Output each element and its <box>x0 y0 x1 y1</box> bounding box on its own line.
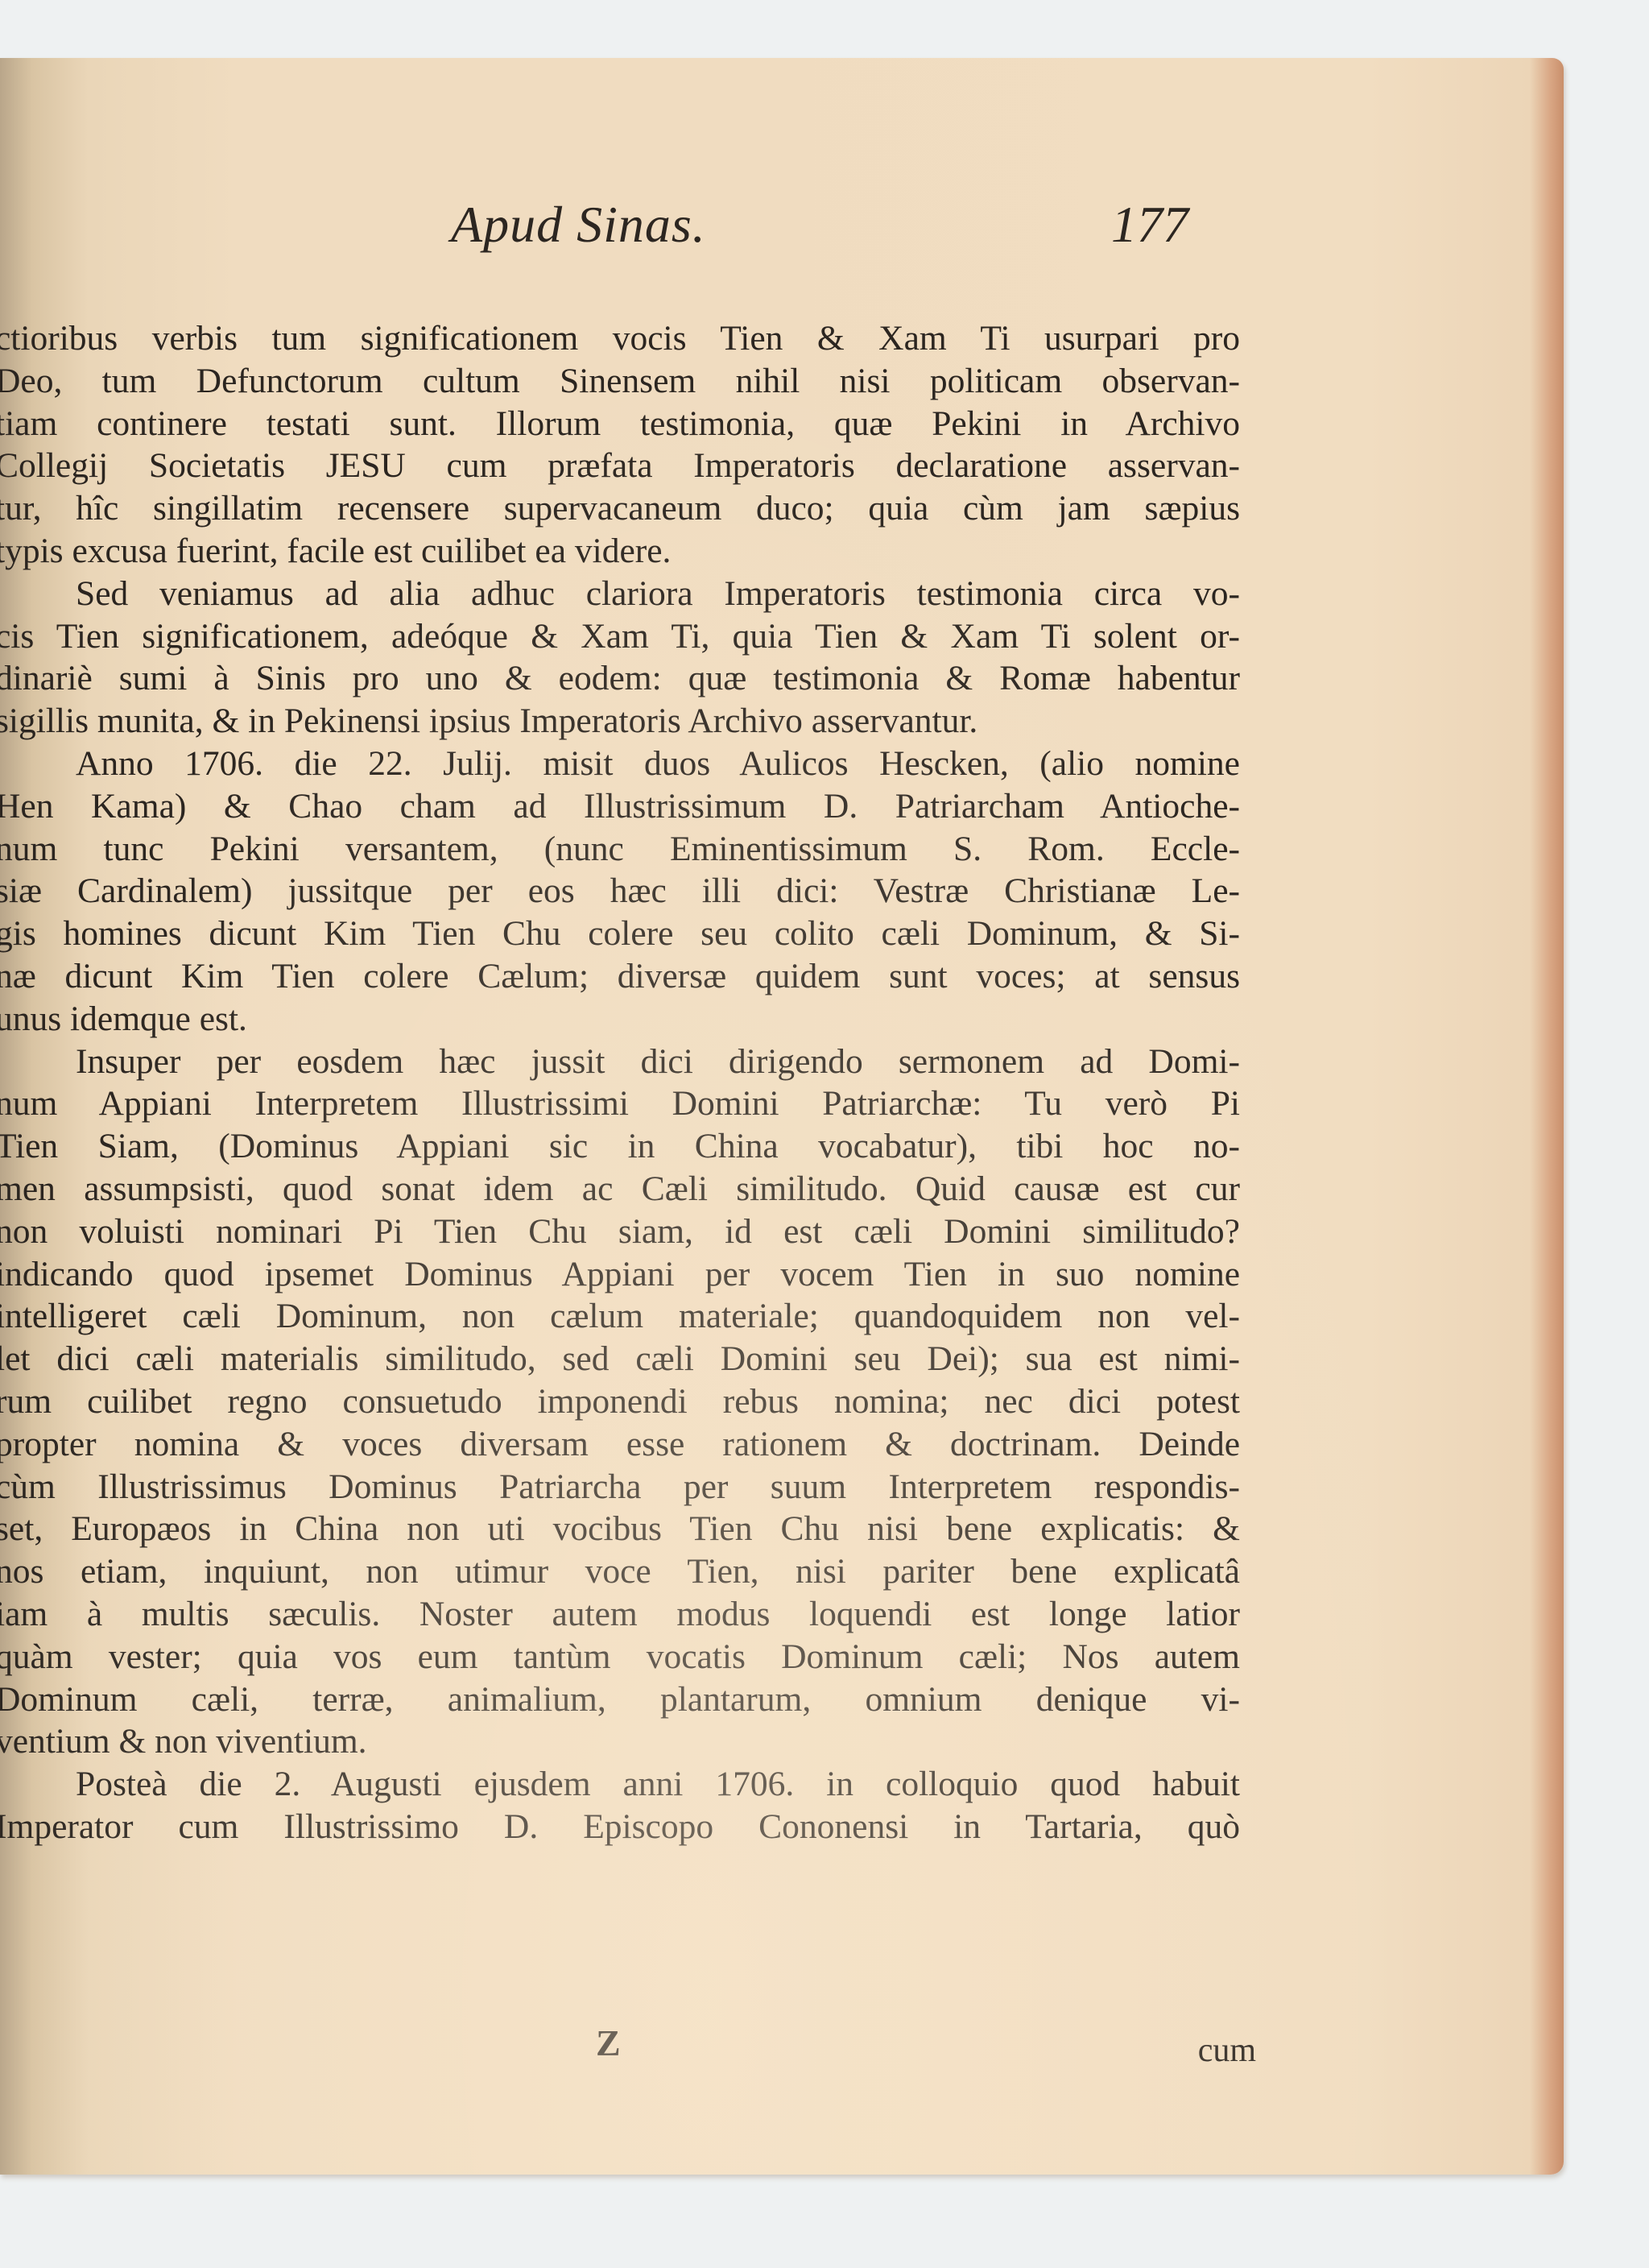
text-line: Imperator cum Illustrissimo D. Episcopo … <box>0 1806 1240 1848</box>
text-line: typis excusa fuerint, facile est cuilibe… <box>0 530 1240 573</box>
running-head: Apud Sinas. <box>451 195 706 255</box>
text-line: Dominum cæli, terræ, animalium, plantaru… <box>0 1678 1240 1721</box>
text-line: num tunc Pekini versantem, (nunc Eminent… <box>0 828 1240 871</box>
text-line: indicando quod ipsemet Dominus Appiani p… <box>0 1253 1240 1296</box>
page-footer: Z cum <box>0 2022 1256 2070</box>
text-line: rum cuilibet regno consuetudo imponendi … <box>0 1380 1240 1423</box>
text-line: Collegij Societatis JESU cum præfata Imp… <box>0 445 1240 487</box>
body-text: ctioribus verbis tum significationem voc… <box>0 317 1240 1848</box>
text-line: quàm vester; quia vos eum tantùm vocatis… <box>0 1636 1240 1678</box>
text-line: non voluisti nominari Pi Tien Chu siam, … <box>0 1211 1240 1253</box>
text-line: Tien Siam, (Dominus Appiani sic in China… <box>0 1125 1240 1168</box>
text-line: iam à multis sæculis. Noster autem modus… <box>0 1593 1240 1636</box>
text-line: propter nomina & voces diversam esse rat… <box>0 1423 1240 1466</box>
text-line: let dici cæli materialis similitudo, sed… <box>0 1338 1240 1380</box>
text-line: Hen Kama) & Chao cham ad Illustrissimum … <box>0 785 1240 828</box>
text-line: siæ Cardinalem) jussitque per eos hæc il… <box>0 870 1240 913</box>
text-line: gis homines dicunt Kim Tien Chu colere s… <box>0 913 1240 955</box>
text-line: nos etiam, inquiunt, non utimur voce Tie… <box>0 1550 1240 1593</box>
text-line: unus idemque est. <box>0 998 1240 1041</box>
text-line: næ dicunt Kim Tien colere Cælum; diversæ… <box>0 955 1240 998</box>
text-line: intelligeret cæli Dominum, non cælum mat… <box>0 1295 1240 1338</box>
page-number: 177 <box>1111 195 1188 255</box>
catchword: cum <box>1198 2031 1256 2070</box>
text-line: men assumpsisti, quod sonat idem ac Cæli… <box>0 1168 1240 1211</box>
text-line: tiam continere testati sunt. Illorum tes… <box>0 403 1240 445</box>
text-line: Insuper per eosdem hæc jussit dici dirig… <box>0 1041 1240 1083</box>
text-line: tur, hîc singillatim recensere supervaca… <box>0 487 1240 530</box>
book-page: Apud Sinas. 177 ctioribus verbis tum sig… <box>0 58 1564 2175</box>
text-line: Posteà die 2. Augusti ejusdem anni 1706.… <box>0 1763 1240 1806</box>
text-line: cùm Illustrissimus Dominus Patriarcha pe… <box>0 1466 1240 1509</box>
text-line: num Appiani Interpretem Illustrissimi Do… <box>0 1082 1240 1125</box>
text-line: set, Europæos in China non uti vocibus T… <box>0 1508 1240 1550</box>
text-line: sigillis munita, & in Pekinensi ipsius I… <box>0 700 1240 743</box>
text-line: dinariè sumi à Sinis pro uno & eodem: qu… <box>0 657 1240 700</box>
text-line: ventium & non viventium. <box>0 1720 1240 1763</box>
page-header: Apud Sinas. 177 <box>0 187 1256 267</box>
text-line: cis Tien significationem, adeóque & Xam … <box>0 615 1240 658</box>
text-line: Sed veniamus ad alia adhuc clariora Impe… <box>0 573 1240 615</box>
signature-mark: Z <box>596 2022 621 2064</box>
text-line: Deo, tum Defunctorum cultum Sinensem nih… <box>0 360 1240 403</box>
text-line: Anno 1706. die 22. Julij. misit duos Aul… <box>0 743 1240 785</box>
text-line: ctioribus verbis tum significationem voc… <box>0 317 1240 360</box>
